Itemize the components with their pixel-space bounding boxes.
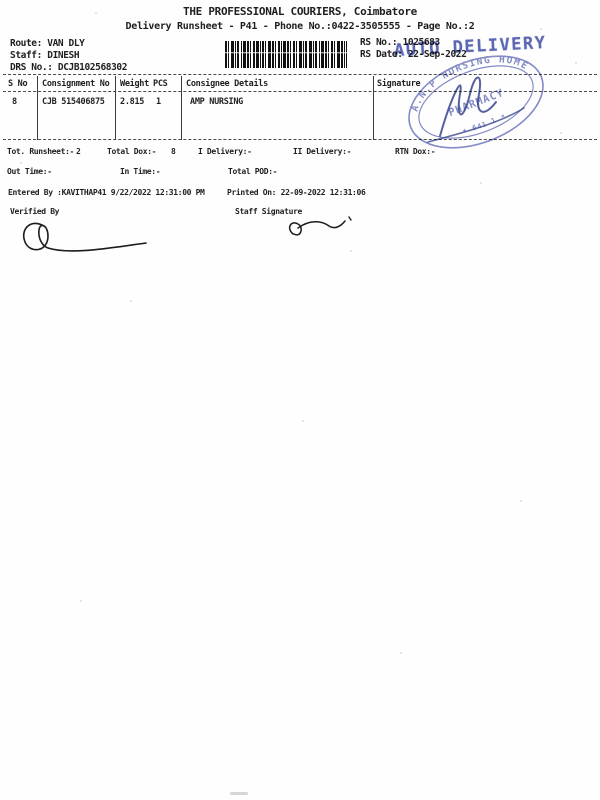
- col-header-pcs: PCS: [153, 79, 167, 89]
- total-dox-value: 8: [171, 147, 175, 156]
- total-dox-label: Total Dox:-: [107, 147, 156, 156]
- cell-sno: 8: [12, 97, 17, 107]
- drs-value: DCJB102568302: [58, 62, 127, 73]
- oval-stamp-image: A.N.P NURSING HOME ★ 641 1 ★ PHARMACY: [398, 50, 558, 162]
- barcode: [225, 41, 347, 68]
- rtn-dox-label: RTN Dox:-: [395, 147, 435, 156]
- in-time-label: In Time:-: [120, 167, 160, 176]
- tot-runsheet-value: 2: [76, 147, 80, 156]
- document-title: THE PROFESSIONAL COURIERS, Coimbatore: [0, 5, 600, 18]
- scanned-runsheet-page: { "page": { "title": "THE PROFESSIONAL C…: [0, 0, 600, 800]
- verified-signature-ink: [18, 216, 158, 266]
- out-time-label: Out Time:-: [7, 167, 52, 176]
- route-value: VAN DLY: [47, 38, 84, 49]
- ii-delivery-label: II Delivery:-: [293, 147, 351, 156]
- i-delivery-label: I Delivery:-: [198, 147, 252, 156]
- route-label: Route:: [10, 38, 42, 49]
- oval-stamp-bottom-text: ★ 641 1 ★: [460, 110, 508, 137]
- printed-on-text: Printed On: 22-09-2022 12:31:06: [227, 188, 365, 197]
- table-vline-4: [373, 76, 374, 140]
- staff-label: Staff:: [10, 50, 42, 61]
- col-header-sno: S No: [8, 79, 27, 89]
- staff-signature-mark: [283, 214, 361, 246]
- cell-pcs: 1: [156, 97, 161, 107]
- table-vline-2: [115, 76, 116, 140]
- table-vline-3: [181, 76, 182, 140]
- col-header-consignee-details: Consignee Details: [186, 79, 268, 89]
- col-header-consignment: Consignment No: [42, 79, 109, 89]
- rs-no-label: RS No.:: [360, 37, 397, 48]
- cell-weight: 2.815: [120, 97, 144, 107]
- col-header-weight: Weight: [120, 79, 149, 89]
- staff-value: DINESH: [47, 50, 79, 61]
- cell-consignee: AMP NURSING: [190, 97, 243, 107]
- tot-runsheet-label: Tot. Runsheet:-: [7, 147, 74, 156]
- entered-by-text: Entered By :KAVITHAP41 9/22/2022 12:31:0…: [8, 188, 205, 197]
- table-vline-1: [37, 76, 38, 140]
- svg-text:★ 641 1 ★: ★ 641 1 ★: [460, 110, 508, 137]
- barcode-image: [225, 41, 347, 68]
- drs-line: DRS No.: DCJB102568302: [10, 62, 127, 73]
- consignee-signature-ink: [428, 78, 524, 143]
- verified-by-label: Verified By: [10, 207, 59, 216]
- verified-by-signature: [18, 216, 158, 266]
- staff-line: Staff: DINESH: [10, 50, 79, 61]
- staff-signature-ink: [283, 214, 361, 246]
- drs-label: DRS No.:: [10, 62, 53, 73]
- total-pod-label: Total POD:-: [228, 167, 277, 176]
- document-subtitle: Delivery Runsheet - P41 - Phone No.:0422…: [0, 21, 600, 32]
- cell-consignment: CJB 515406875: [42, 97, 105, 107]
- route-line: Route: VAN DLY: [10, 38, 85, 49]
- pharmacy-oval-stamp: A.N.P NURSING HOME ★ 641 1 ★ PHARMACY: [398, 50, 558, 162]
